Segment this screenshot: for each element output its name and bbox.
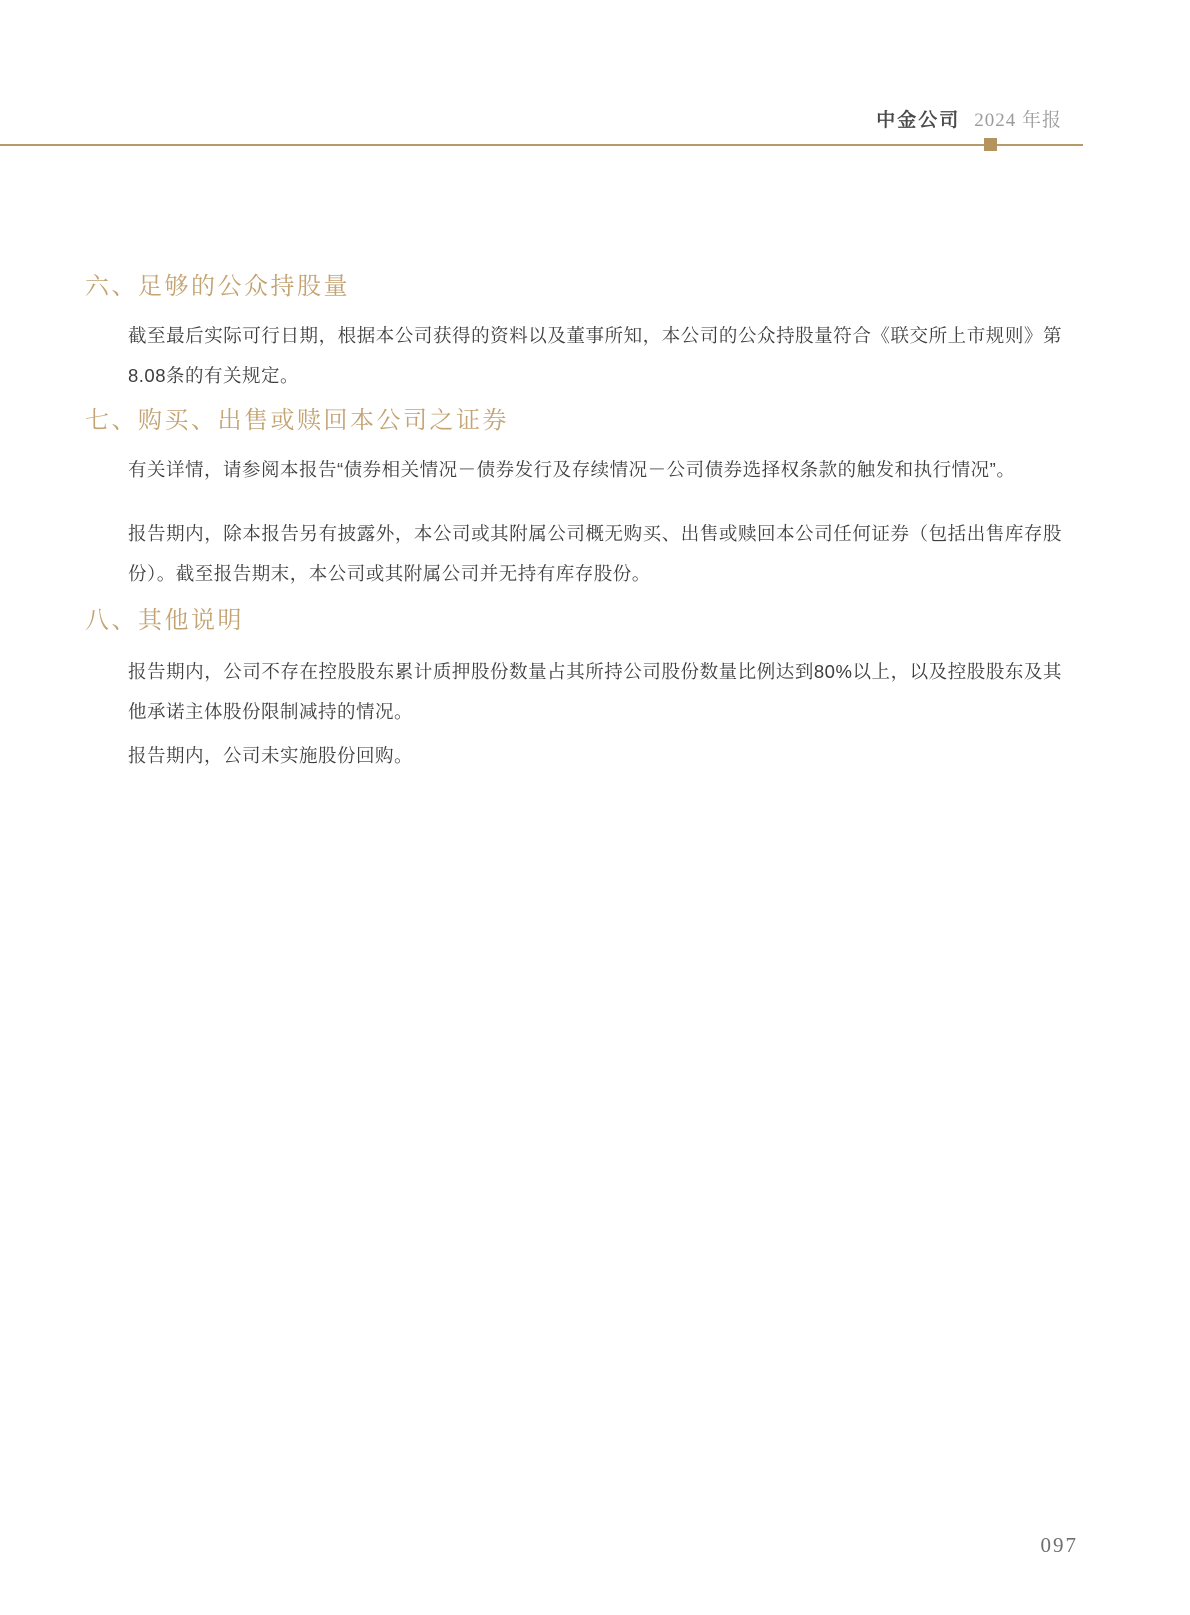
section-heading-public-float: 六、足够的公众持股量 xyxy=(85,272,350,302)
section-heading-other-notes: 八、其他说明 xyxy=(85,606,244,636)
paragraph-public-float: 截至最后实际可行日期，根据本公司获得的资料以及董事所知，本公司的公众持股量符合《… xyxy=(128,316,1062,396)
paragraph-no-buyback: 报告期内，公司未实施股份回购。 xyxy=(128,736,1062,776)
header-rule-square-marker xyxy=(984,138,997,151)
paragraph-bond-reference: 有关详情，请参阅本报告“债券相关情况－债券发行及存续情况－公司债券选择权条款的触… xyxy=(128,450,1062,490)
page-number: 097 xyxy=(1041,1533,1079,1558)
annual-report-page: 中金公司2024 年报 六、足够的公众持股量 截至最后实际可行日期，根据本公司获… xyxy=(0,0,1190,1615)
section-heading-purchase-sale-redemption: 七、购买、出售或赎回本公司之证券 xyxy=(85,406,509,436)
company-name: 中金公司 xyxy=(876,110,960,131)
page-header: 中金公司2024 年报 xyxy=(876,105,1062,132)
paragraph-pledge-statement: 报告期内，公司不存在控股股东累计质押股份数量占其所持公司股份数量比例达到80%以… xyxy=(128,652,1062,732)
report-edition: 2024 年报 xyxy=(974,110,1062,131)
paragraph-no-purchase-sale: 报告期内，除本报告另有披露外，本公司或其附属公司概无购买、出售或赎回本公司任何证… xyxy=(128,514,1062,594)
header-rule-line xyxy=(0,144,1083,146)
